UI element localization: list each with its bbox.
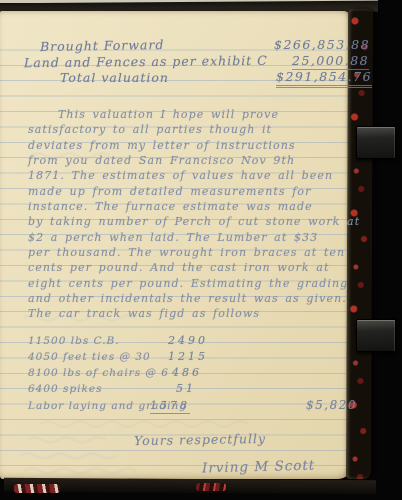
cost-item: 4050 feet ties @ 30 (28, 351, 151, 363)
cost-value: 1578 (150, 399, 190, 414)
cost-value: 486 (172, 366, 202, 379)
letter-body: This valuation I hope will prove satisfa… (28, 107, 348, 322)
index-tab-lower (356, 319, 396, 352)
body-line: per thousand. The wrought iron braces at… (28, 245, 348, 260)
notebook-photo: Brought Forward $266,853.88 Land and Fen… (0, 0, 402, 500)
cost-item: 6400 spikes (28, 383, 103, 395)
body-line: 1871. The estimates of values have all b… (28, 168, 348, 183)
body-line: instance. The furnace estimate was made (28, 199, 348, 214)
ledger-label: Total valuation (60, 70, 169, 85)
marbled-cover-fragment (196, 483, 226, 491)
cost-item: 8100 lbs of chairs @ 6 (28, 367, 169, 379)
body-line: from you dated San Francisco Nov 9th (28, 153, 348, 168)
cost-value: 1215 (168, 350, 208, 363)
body-line: deviates from my letter of instructions (28, 138, 348, 153)
body-line: eight cents per pound. Estimating the gr… (28, 276, 348, 291)
body-line: cents per pound. And the cast iron work … (28, 260, 348, 275)
body-line: by taking number of Perch of cut stone w… (28, 214, 348, 229)
ledger-amount: $291,854.76 (276, 69, 372, 88)
cost-item: 11500 lbs C.B. (28, 335, 120, 347)
index-tab-upper (356, 126, 396, 159)
body-line: This valuation I hope will prove (28, 107, 348, 122)
body-line: made up from detailed measurements for (28, 184, 348, 199)
body-line: satisfactory to all parties though it (28, 122, 348, 137)
body-line: The car track was figd as follows (28, 306, 348, 321)
signature: Irving M Scott (202, 458, 316, 477)
body-line: and other incidentals the result was as … (28, 291, 348, 306)
cost-total: $5,820 (306, 398, 357, 412)
ledger-label: Brought Forward (40, 37, 165, 54)
cost-value: 2490 (168, 334, 208, 347)
ledger-label: Land and Fences as per exhibit C (24, 53, 268, 71)
ledger-amount: 25,000.88 (292, 53, 369, 70)
marbled-cover-fragment (14, 484, 60, 493)
cost-value: 51 (176, 382, 196, 395)
valediction: Yours respectfully (134, 431, 266, 448)
body-line: $2 a perch when laid. The Lumber at $33 (28, 230, 348, 245)
ledger-amount: $266,853.88 (274, 37, 370, 52)
